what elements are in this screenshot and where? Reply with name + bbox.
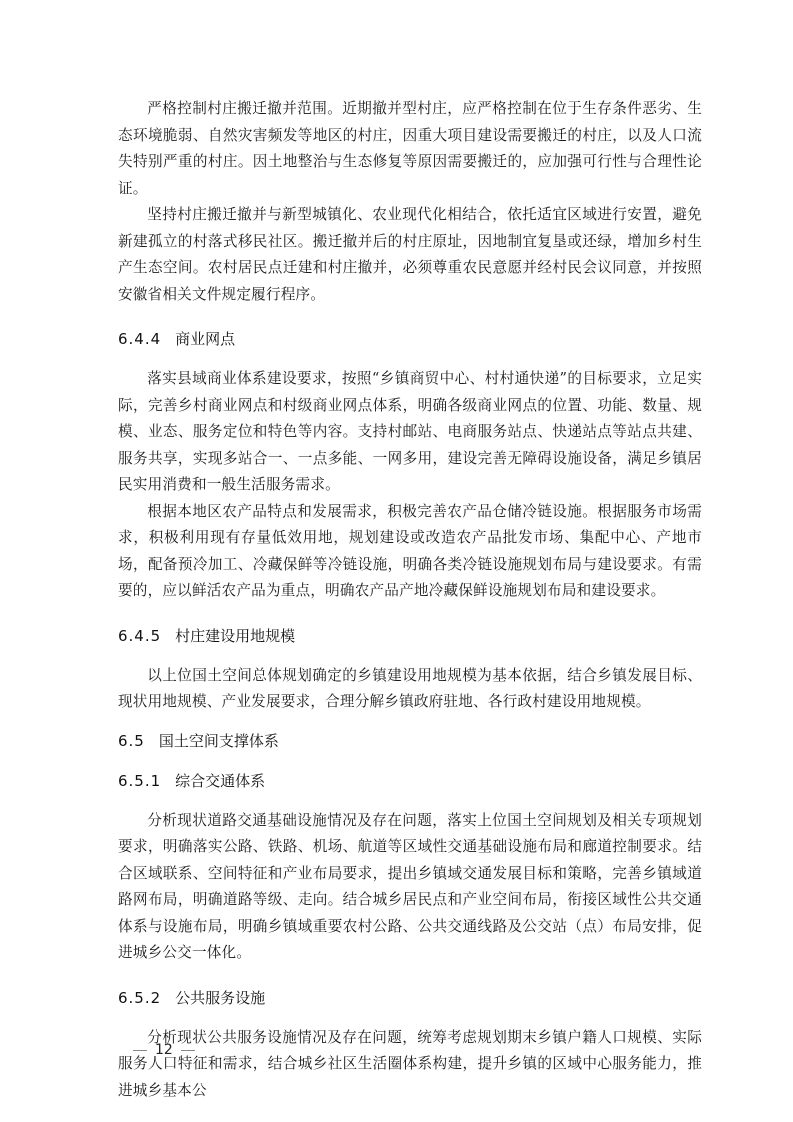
heading-6-5: 6.5国土空间支撑体系: [118, 730, 702, 752]
heading-number: 6.5: [118, 730, 145, 752]
heading-number: 6.5.2: [118, 987, 161, 1009]
heading-6-4-4: 6.4.4商业网点: [118, 328, 702, 350]
paragraph-land-scale: 以上位国土空间总体规划确定的乡镇建设用地规模为基本依据，结合乡镇发展目标、现状用…: [118, 663, 702, 716]
heading-number: 6.4.5: [118, 625, 161, 647]
heading-6-4-5: 6.4.5村庄建设用地规模: [118, 625, 702, 647]
heading-title: 商业网点: [175, 330, 235, 348]
heading-title: 村庄建设用地规模: [175, 627, 295, 645]
footer-dash-left: [133, 1050, 147, 1051]
heading-6-5-1: 6.5.1综合交通体系: [118, 770, 702, 792]
heading-6-5-2: 6.5.2公共服务设施: [118, 987, 702, 1009]
footer-dash-right: [181, 1050, 195, 1051]
heading-title: 国土空间支撑体系: [159, 732, 279, 750]
heading-number: 6.5.1: [118, 770, 161, 792]
heading-number: 6.4.4: [118, 328, 161, 350]
paragraph-cold-chain: 根据本地区农产品特点和发展需求，积极完善农产品仓储冷链设施。根据服务市场需求，积…: [118, 499, 702, 605]
page-number: 12: [155, 1042, 173, 1058]
paragraph-transport: 分析现状道路交通基础设施情况及存在问题，落实上位国土空间规划及相关专项规划要求，…: [118, 808, 702, 967]
paragraph-public-services: 分析现状公共服务设施情况及存在问题，统筹考虑规划期末乡镇户籍人口规模、实际服务人…: [118, 1025, 702, 1105]
page-footer: 12: [133, 1042, 195, 1058]
document-page: 严格控制村庄搬迁撤并范围。近期撤并型村庄，应严格控制在位于生存条件恶劣、生态环境…: [118, 96, 702, 1104]
paragraph-relocation-scope: 严格控制村庄搬迁撤并范围。近期撤并型村庄，应严格控制在位于生存条件恶劣、生态环境…: [118, 96, 702, 202]
heading-title: 综合交通体系: [175, 772, 265, 790]
paragraph-relocation-principles: 坚持村庄搬迁撤并与新型城镇化、农业现代化相结合，依托适宜区域进行安置，避免新建孤…: [118, 202, 702, 308]
heading-title: 公共服务设施: [175, 989, 265, 1007]
paragraph-commercial-network: 落实县域商业体系建设要求，按照“乡镇商贸中心、村村通快递”的目标要求，立足实际，…: [118, 366, 702, 499]
